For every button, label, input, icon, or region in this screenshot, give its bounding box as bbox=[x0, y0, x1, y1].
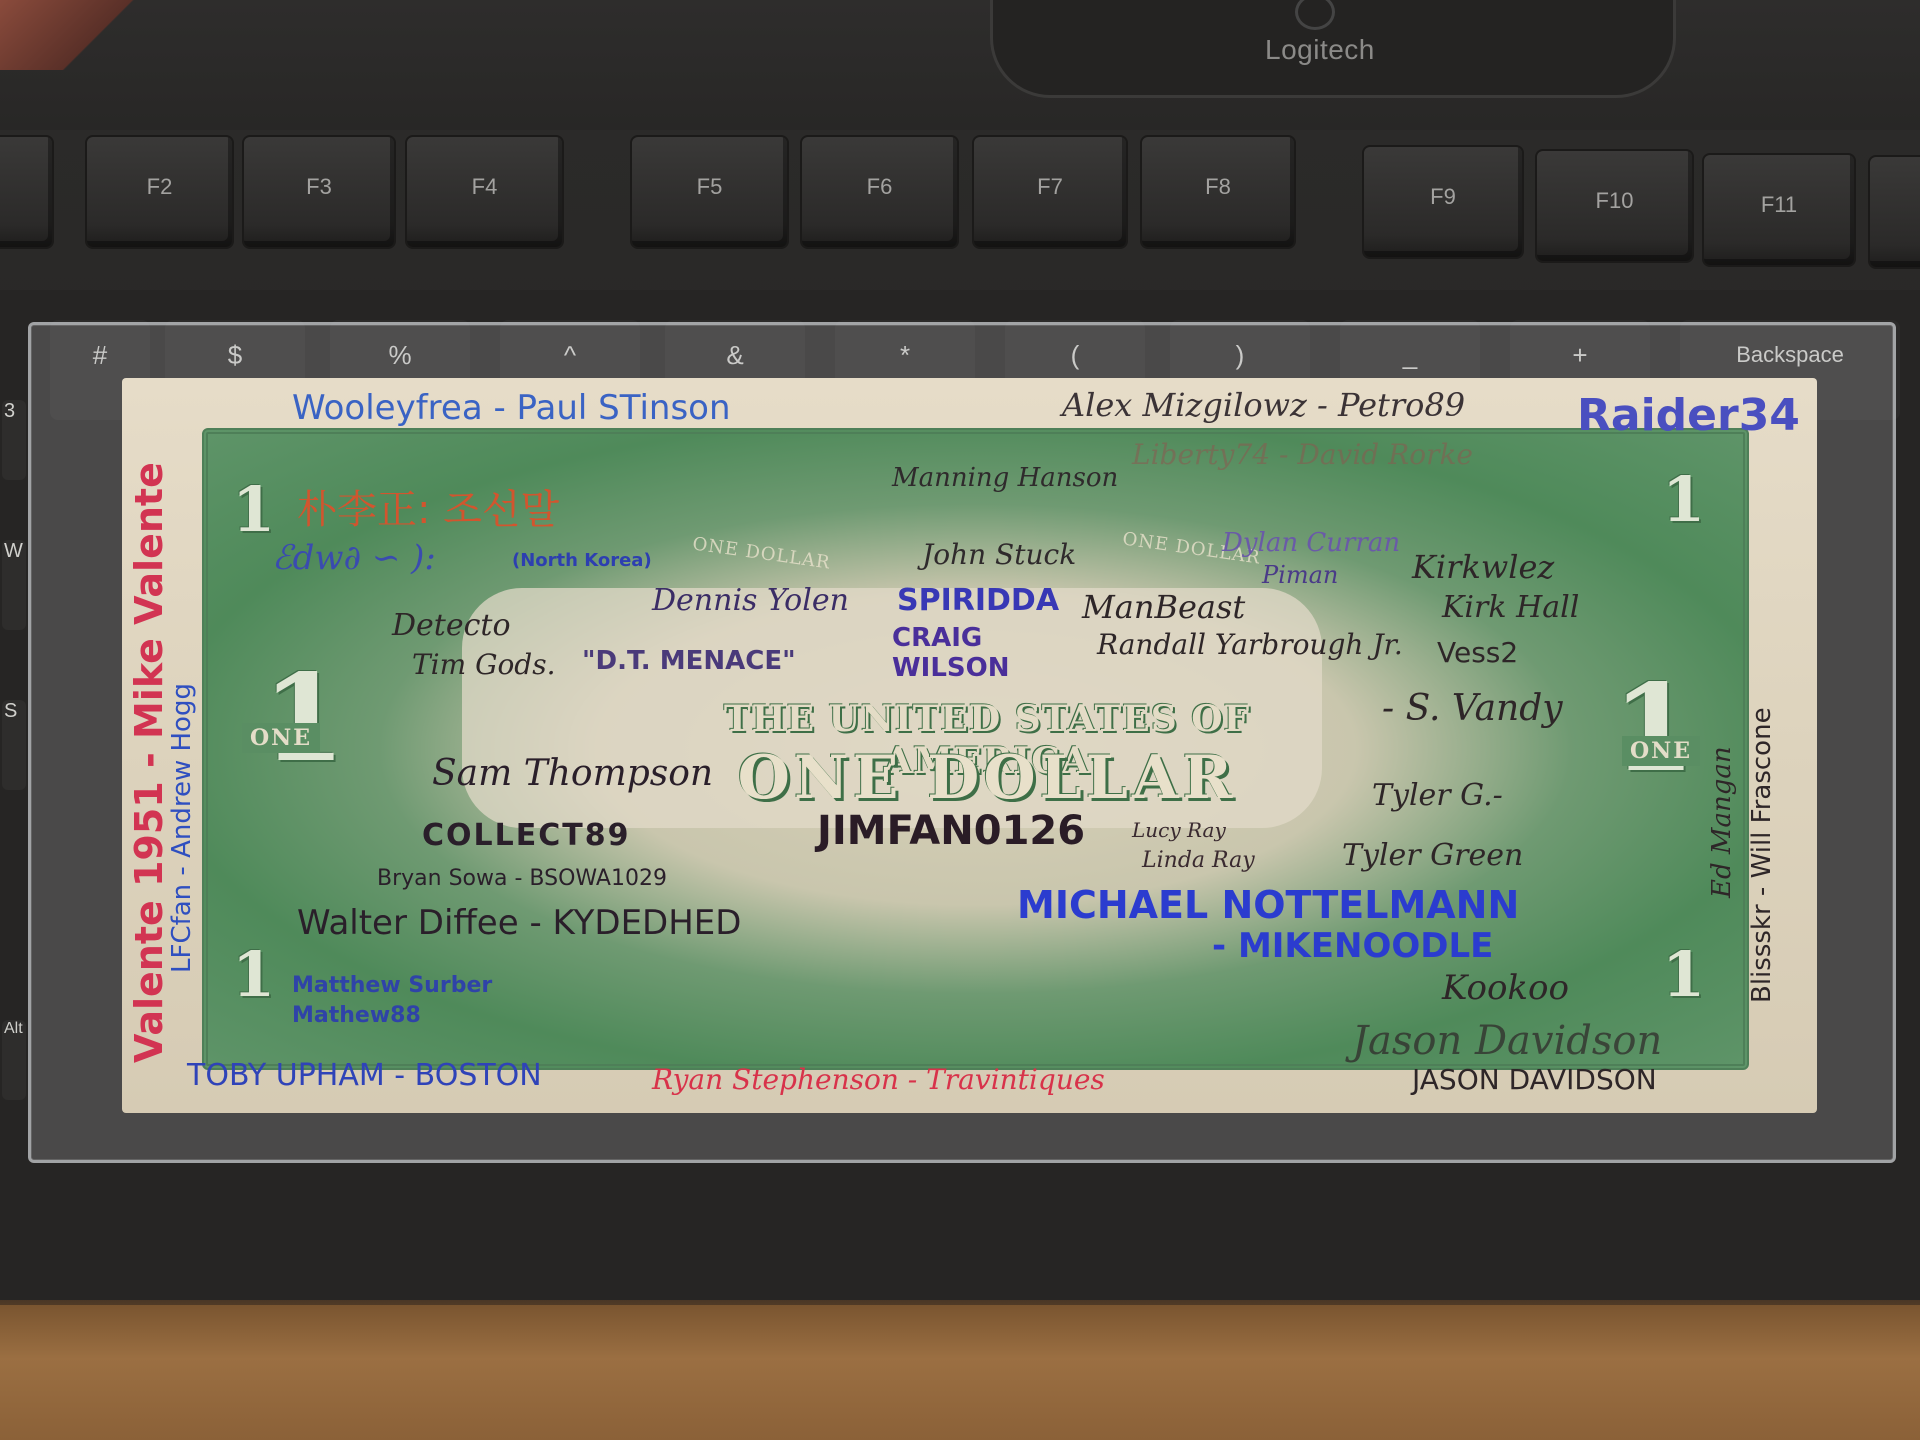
signature-craig-wilson: CRAIG WILSON bbox=[892, 623, 1052, 683]
signature-dylan-curran: Dylan Curran bbox=[1222, 528, 1400, 558]
large-numeral-right: 1 bbox=[1612, 658, 1696, 799]
signature-jimfan0126: JIMFAN0126 bbox=[817, 808, 1085, 854]
signature-tyler-g: Tyler G.- bbox=[1372, 778, 1503, 813]
signature-andrew-hogg: LFCfan - Andrew Hogg bbox=[167, 683, 197, 973]
key-f8[interactable]: F8 bbox=[1140, 135, 1296, 249]
signature-kookoo: Kookoo bbox=[1442, 968, 1569, 1008]
large-numeral-left: 1 bbox=[262, 648, 346, 789]
keyboard-brand-label: Logitech bbox=[1265, 34, 1375, 66]
signature-sam-thompson: Sam Thompson bbox=[432, 753, 713, 794]
key-w[interactable]: W bbox=[2, 540, 26, 630]
one-label-left: ONE bbox=[242, 723, 320, 753]
key-f3[interactable]: F3 bbox=[242, 135, 396, 249]
key-f2[interactable]: F2 bbox=[85, 135, 234, 249]
signature-alex-petro89: Alex Mizgilowz - Petro89 bbox=[1062, 386, 1465, 424]
corner-numeral-top-right: 1 bbox=[1662, 463, 1705, 536]
value-text: ONE DOLLAR bbox=[637, 743, 1337, 813]
key-s[interactable]: S bbox=[2, 700, 26, 790]
signature-jason-davidson-script: Jason Davidson bbox=[1352, 1018, 1662, 1064]
signature-manbeast: ManBeast bbox=[1082, 588, 1245, 626]
signature-matthew-surber: Matthew Surber bbox=[292, 973, 492, 998]
signature-mikenoodle: - MIKENOODLE bbox=[1212, 926, 1493, 966]
key-f1[interactable] bbox=[0, 135, 54, 249]
signature-manning-hanson: Manning Hanson bbox=[892, 463, 1118, 493]
signature-vess2: Vess2 bbox=[1437, 636, 1518, 669]
signature-toby-upham: TOBY UPHAM - BOSTON bbox=[187, 1058, 542, 1093]
signature-kirkwlez: Kirkwlez bbox=[1412, 548, 1554, 586]
function-key-row: F2 F3 F4 F5 F6 F7 F8 F9 F10 F11 bbox=[0, 135, 1920, 275]
signature-lucy-ray: Lucy Ray bbox=[1132, 818, 1226, 842]
signature-spiridda: SPIRIDDA bbox=[897, 583, 1059, 618]
wooden-desk bbox=[0, 1305, 1920, 1440]
signature-mike-valente: Valente 1951 - Mike Valente bbox=[127, 462, 171, 1063]
signature-north-korea: (North Korea) bbox=[512, 550, 652, 571]
signature-tyler-green: Tyler Green bbox=[1342, 838, 1523, 873]
signature-paul-stinson: Wooleyfrea - Paul STinson bbox=[292, 388, 731, 428]
signature-dt-menace: "D.T. MENACE" bbox=[582, 646, 796, 676]
signature-raider34: Raider34 bbox=[1577, 390, 1800, 441]
signature-tim-gods: Tim Gods. bbox=[412, 648, 556, 681]
signature-dennis-yolen: Dennis Yolen bbox=[652, 583, 849, 618]
signature-ryan-stephenson: Ryan Stephenson - Travintiques bbox=[652, 1063, 1105, 1096]
signature-mathew88: Mathew88 bbox=[292, 1003, 421, 1028]
signature-bryan-sowa: Bryan Sowa - BSOWA1029 bbox=[377, 866, 667, 891]
key-3[interactable]: 3 bbox=[2, 400, 26, 480]
signature-faded-liberty: Liberty74 - David Rorke bbox=[1132, 438, 1473, 471]
signature-kirk-hall: Kirk Hall bbox=[1442, 590, 1579, 625]
key-f7[interactable]: F7 bbox=[972, 135, 1128, 249]
signature-walter-diffee-kydedhed: Walter Diffee - KYDEDHED bbox=[297, 903, 741, 943]
photo-scene: Logitech F2 F3 F4 F5 F6 F7 F8 F9 F10 F11… bbox=[0, 0, 1920, 1440]
signature-korean: 朴李正: 조선말 bbox=[297, 478, 559, 535]
signature-michael-nottelmann: MICHAEL NOTTELMANN bbox=[1017, 883, 1519, 927]
key-f6[interactable]: F6 bbox=[800, 135, 959, 249]
signature-piman: Piman bbox=[1262, 561, 1338, 589]
signature-ed-mangan: Ed Mangan bbox=[1707, 746, 1737, 898]
signature-will-frascone: Blissskr - Will Frascone bbox=[1747, 707, 1777, 1003]
signature-jason-davidson-print: JASON DAVIDSON bbox=[1412, 1063, 1657, 1096]
key-f4[interactable]: F4 bbox=[405, 135, 564, 249]
key-f5[interactable]: F5 bbox=[630, 135, 789, 249]
key-f12[interactable] bbox=[1868, 155, 1920, 269]
signature-linda-ray: Linda Ray bbox=[1142, 848, 1255, 873]
corner-numeral-bottom-right: 1 bbox=[1662, 938, 1705, 1011]
background-cloth bbox=[0, 0, 150, 70]
corner-numeral-top-left: 1 bbox=[232, 473, 275, 546]
signature-s-vandy: - S. Vandy bbox=[1382, 688, 1563, 729]
signature-randall-yarbrough: Randall Yarbrough Jr. bbox=[1097, 628, 1403, 661]
one-label-right: ONE bbox=[1622, 736, 1700, 766]
key-alt[interactable]: Alt bbox=[2, 1020, 26, 1100]
key-f9[interactable]: F9 bbox=[1362, 145, 1524, 259]
signature-scribble-blue: ℰdw∂ ∽ ): bbox=[272, 538, 436, 578]
signature-collect89: COLLECT89 bbox=[422, 818, 630, 853]
key-f10[interactable]: F10 bbox=[1535, 149, 1694, 263]
signature-detecto: Detecto bbox=[392, 608, 511, 643]
signature-john-stuck: John Stuck bbox=[922, 538, 1076, 571]
key-f11[interactable]: F11 bbox=[1702, 153, 1856, 267]
dollar-bill: 1 1 1 1 1 1 ONE ONE THE UNITED STATES OF… bbox=[122, 378, 1817, 1113]
corner-numeral-bottom-left: 1 bbox=[232, 938, 275, 1011]
